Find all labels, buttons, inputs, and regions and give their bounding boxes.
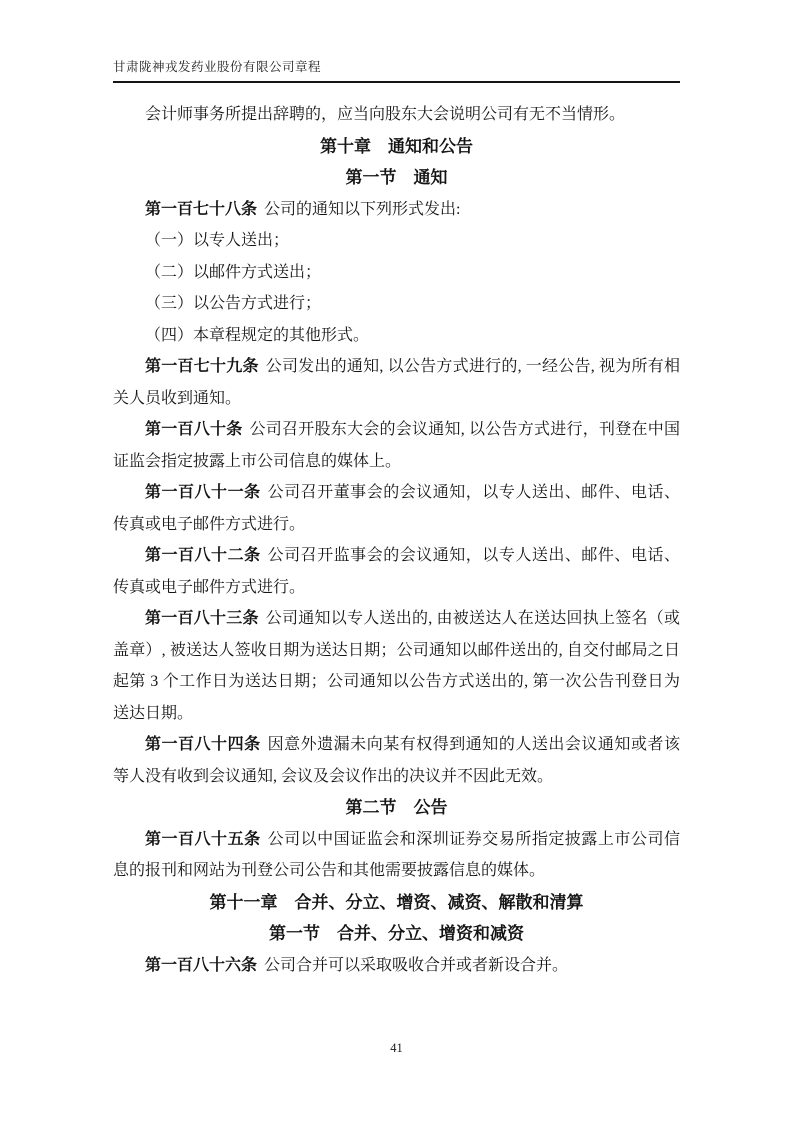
article-185-number: 第一百八十五条 (145, 831, 261, 848)
page-footer: 41 (0, 1041, 793, 1056)
intro-paragraph: 会计师事务所提出辞聘的，应当向股东大会说明公司有无不当情形。 (113, 99, 680, 131)
article-181-paragraph: 第一百八十一条公司召开董事会的会议通知，以专人送出、邮件、电话、传真或电子邮件方… (113, 477, 680, 540)
article-178-text: 公司的通知以下列形式发出: (264, 201, 460, 218)
document-page: 甘肃陇神戎发药业股份有限公司章程 会计师事务所提出辞聘的，应当向股东大会说明公司… (0, 0, 793, 1122)
article-178-number: 第一百七十八条 (145, 201, 257, 218)
document-header-title: 甘肃陇神戎发药业股份有限公司章程 (113, 60, 321, 74)
article-180-paragraph: 第一百八十条公司召开股东大会的会议通知, 以公告方式进行，刊登在中国证监会指定披… (113, 414, 680, 477)
chapter-10-heading: 第十章 通知和公告 (113, 131, 680, 163)
article-179-paragraph: 第一百七十九条公司发出的通知, 以公告方式进行的, 一经公告, 视为所有相关人员… (113, 351, 680, 414)
article-183-number: 第一百八十三条 (145, 610, 259, 627)
article-182-number: 第一百八十二条 (145, 547, 261, 564)
article-186-number: 第一百八十六条 (145, 957, 257, 974)
article-184-paragraph: 第一百八十四条因意外遗漏未向某有权得到通知的人送出会议通知或者该等人没有收到会议… (113, 729, 680, 792)
article-184-number: 第一百八十四条 (145, 736, 261, 753)
list-item-4: （四）本章程规定的其他形式。 (113, 320, 680, 352)
document-header: 甘肃陇神戎发药业股份有限公司章程 (113, 57, 680, 83)
article-186-paragraph: 第一百八十六条公司合并可以采取吸收合并或者新设合并。 (113, 950, 680, 982)
document-body: 会计师事务所提出辞聘的，应当向股东大会说明公司有无不当情形。 第十章 通知和公告… (113, 99, 680, 981)
section-10-2-heading: 第二节 公告 (113, 792, 680, 824)
article-180-number: 第一百八十条 (145, 421, 243, 438)
article-183-paragraph: 第一百八十三条公司通知以专人送出的, 由被送达人在送达回执上签名（或盖章）, 被… (113, 603, 680, 729)
section-10-1-heading: 第一节 通知 (113, 162, 680, 194)
article-186-text: 公司合并可以采取吸收合并或者新设合并。 (264, 957, 568, 974)
article-185-paragraph: 第一百八十五条公司以中国证监会和深圳证券交易所指定披露上市公司信息的报刊和网站为… (113, 824, 680, 887)
list-item-2: （二）以邮件方式送出； (113, 257, 680, 289)
section-11-1-heading: 第一节 合并、分立、增资和减资 (113, 918, 680, 950)
article-182-paragraph: 第一百八十二条公司召开监事会的会议通知，以专人送出、邮件、电话、传真或电子邮件方… (113, 540, 680, 603)
list-item-3: （三）以公告方式进行； (113, 288, 680, 320)
page-number: 41 (390, 1041, 403, 1055)
chapter-11-heading: 第十一章 合并、分立、增资、减资、解散和清算 (113, 887, 680, 919)
article-179-number: 第一百七十九条 (145, 358, 259, 375)
article-181-number: 第一百八十一条 (145, 484, 261, 501)
list-item-1: （一）以专人送出； (113, 225, 680, 257)
article-178-paragraph: 第一百七十八条公司的通知以下列形式发出: (113, 194, 680, 226)
